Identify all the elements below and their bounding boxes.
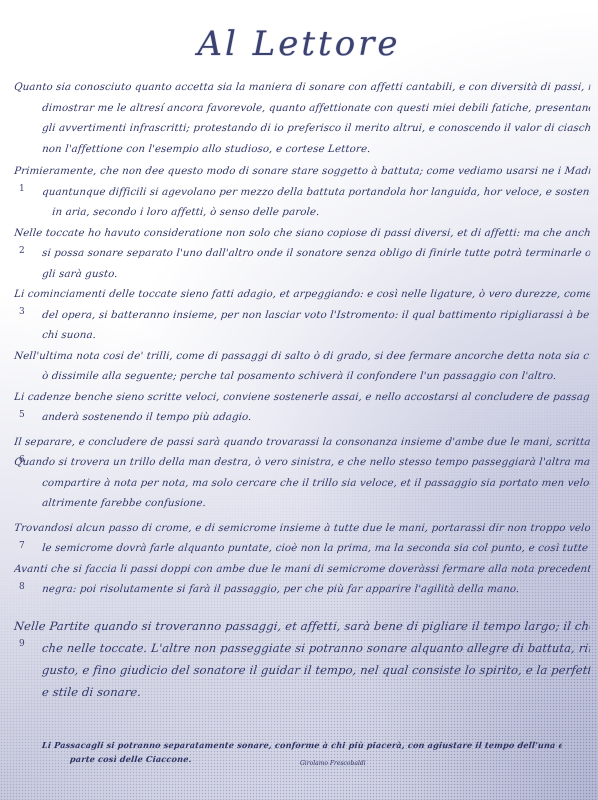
text-line: Nelle toccate ho havuto consideratione n… xyxy=(13,224,591,245)
preface-body: Quanto sia conosciuto quanto accetta sia… xyxy=(14,78,590,703)
text-line: Primieramente, che non dee questo modo d… xyxy=(13,162,591,183)
text-line: non l'affettione con l'esempio allo stud… xyxy=(13,140,591,161)
paragraph-9: 9 Nelle Partite quando si troveranno pas… xyxy=(14,615,590,703)
text-line: chi suona. xyxy=(13,326,591,347)
paragraph-8: 8 Avanti che si faccia li passi doppi co… xyxy=(14,560,590,601)
paragraph-3: 3 Li cominciamenti delle toccate sieno f… xyxy=(14,285,590,347)
text-line: Avanti che si faccia li passi doppi con … xyxy=(13,560,591,581)
document-page: Al Lettore Quanto sia conosciuto quanto … xyxy=(0,0,598,800)
text-line: gli sarà gusto. xyxy=(13,265,591,286)
text-line: gli avvertimenti infrascritti; protestan… xyxy=(13,119,591,140)
paragraph-2: 2 Nelle toccate ho havuto consideratione… xyxy=(14,224,590,286)
text-line: compartire à nota per nota, ma solo cerc… xyxy=(13,474,591,495)
paragraph-intro: Quanto sia conosciuto quanto accetta sia… xyxy=(14,78,590,160)
paragraph-6: 6 Il separare, e concludere de passi sar… xyxy=(14,433,590,515)
title-text: Al Lettore xyxy=(197,24,400,64)
paragraph-7: 7 Trovandosi alcun passo di crome, e di … xyxy=(14,519,590,560)
paragraph-5: 5 Li cadenze benche sieno scritte veloci… xyxy=(14,388,590,429)
text-line: Li cadenze benche sieno scritte veloci, … xyxy=(13,388,591,409)
text-line: Nell'ultima nota cosi de' trilli, come d… xyxy=(13,347,591,368)
paragraph-1: 1 Primieramente, che non dee questo modo… xyxy=(14,162,590,224)
text-line: Quando si trovera un trillo della man de… xyxy=(13,453,591,474)
text-line: Li cominciamenti delle toccate sieno fat… xyxy=(13,285,591,306)
text-line: negra: poi risolutamente si farà il pass… xyxy=(13,580,591,601)
text-line: le semicrome dovrà farle alquanto puntat… xyxy=(13,539,591,560)
page-title: Al Lettore xyxy=(0,24,598,64)
text-line: anderà sostenendo il tempo più adagio. xyxy=(13,408,591,429)
text-line: si possa sonare separato l'uno dall'altr… xyxy=(13,244,591,265)
text-line: ò dissimile alla seguente; perche tal po… xyxy=(13,367,591,388)
text-line: in aria, secondo i loro affetti, ò senso… xyxy=(13,203,591,224)
footnote-line: Li Passacagli si potranno separatamente … xyxy=(41,738,562,752)
text-line: gusto, e fino giudicio del sonatore il g… xyxy=(13,659,591,681)
text-line: altrimente farebbe confusione. xyxy=(13,494,591,515)
text-line: Il separare, e concludere de passi sarà … xyxy=(13,433,591,454)
text-line: che nelle toccate. L'altre non passeggia… xyxy=(13,637,591,659)
text-line: quantunque difficili si agevolano per me… xyxy=(13,183,591,204)
text-line: Nelle Partite quando si troveranno passa… xyxy=(13,615,591,637)
text-line: Trovandosi alcun passo di crome, e di se… xyxy=(13,519,591,540)
text-line: e stile di sonare. xyxy=(13,681,591,703)
text-line: dimostrar me le altresí ancora favorevol… xyxy=(13,99,591,120)
signature: Girolamo Frescobaldi xyxy=(300,760,366,767)
text-line: Quanto sia conosciuto quanto accetta sia… xyxy=(13,78,591,99)
paragraph-4: Nell'ultima nota cosi de' trilli, come d… xyxy=(14,347,590,388)
text-line: del opera, si batteranno insieme, per no… xyxy=(13,306,591,327)
